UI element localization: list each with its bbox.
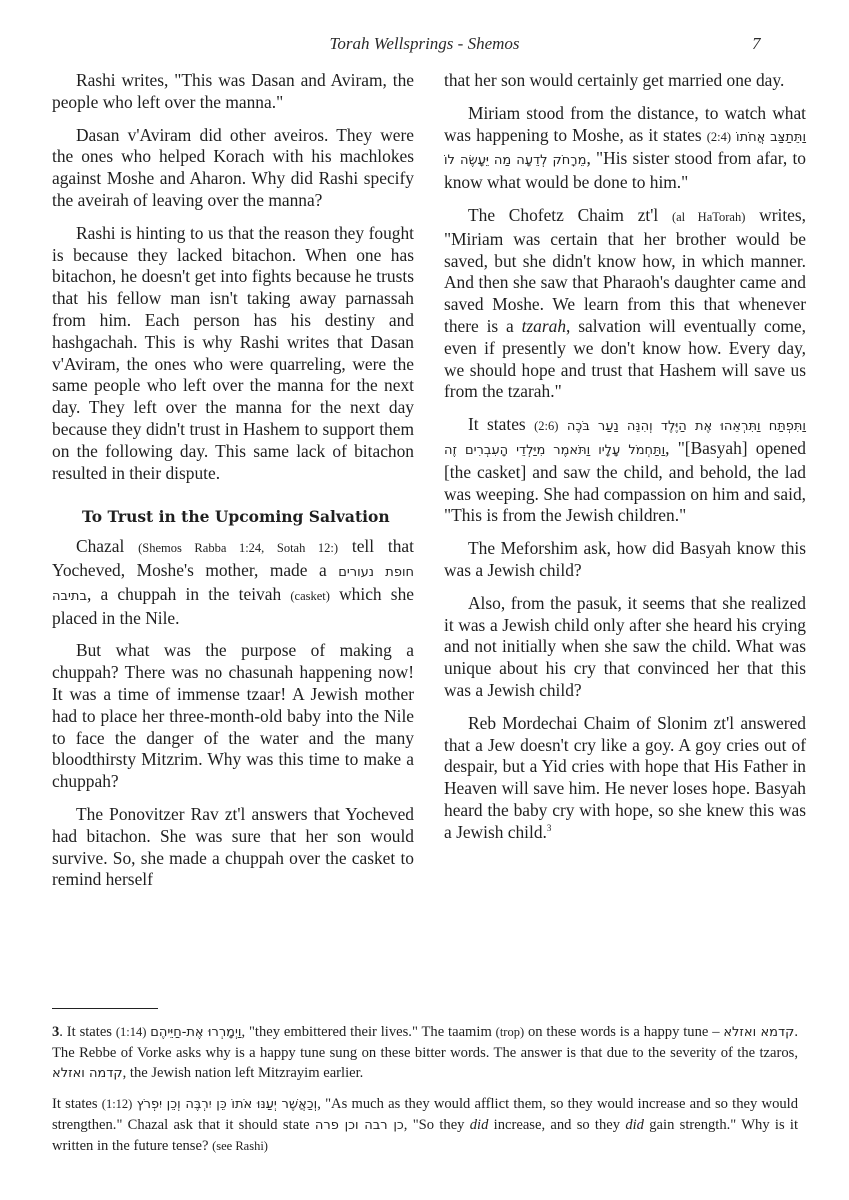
paragraph: The Chofetz Chaim zt'l (al HaTorah) writ… bbox=[444, 205, 806, 403]
hebrew-text: וְכַאֲשֶׁר יְעַנּוּ אֹתוֹ כֵּן יִרְבֶּה … bbox=[137, 1097, 318, 1112]
paragraph: Rashi writes, "This was Dasan and Aviram… bbox=[52, 70, 414, 114]
paragraph: Miriam stood from the distance, to watch… bbox=[444, 103, 806, 194]
paragraph: Also, from the pasuk, it seems that she … bbox=[444, 593, 806, 702]
footnote-divider bbox=[52, 1008, 158, 1009]
paragraph: Reb Mordechai Chaim of Slonim zt'l answe… bbox=[444, 713, 806, 844]
paragraph-continued: that her son would certainly get married… bbox=[444, 70, 806, 92]
right-column: that her son would certainly get married… bbox=[444, 70, 806, 855]
left-column: Rashi writes, "This was Dasan and Aviram… bbox=[52, 70, 414, 902]
book-title: Torah Wellsprings - Shemos bbox=[0, 34, 849, 54]
paragraph: Dasan v'Aviram did other aveiros. They w… bbox=[52, 125, 414, 212]
source-citation: (see Rashi) bbox=[212, 1139, 268, 1153]
footnote: 3. It states (1:14) וַיְמָרְרוּ אֶת-חַיֵ… bbox=[52, 1022, 798, 1084]
italic-term: tzarah bbox=[522, 316, 566, 336]
source-citation: (al HaTorah) bbox=[672, 210, 745, 224]
paragraph: It states (2:6) וַתִּפְתַּח וַתִּרְאֵהוּ… bbox=[444, 414, 806, 527]
gloss: (trop) bbox=[496, 1025, 524, 1039]
footnote: It states (1:12) וְכַאֲשֶׁר יְעַנּוּ אֹת… bbox=[52, 1094, 798, 1156]
section-heading: To Trust in the Upcoming Salvation bbox=[82, 506, 414, 528]
paragraph: The Ponovitzer Rav zt'l answers that Yoc… bbox=[52, 804, 414, 891]
hebrew-text: וַיְמָרְרוּ אֶת-חַיֵּיהֶם bbox=[150, 1025, 241, 1040]
hebrew-text: כן רבה וכן פרה bbox=[315, 1118, 404, 1133]
source-citation: (1:14) bbox=[116, 1025, 147, 1039]
source-citation: (1:12) bbox=[102, 1097, 133, 1111]
source-citation: (2:4) bbox=[707, 130, 731, 144]
hebrew-text: קדמא ואזלא bbox=[723, 1025, 794, 1040]
hebrew-text: קדמה ואזלא bbox=[52, 1066, 123, 1081]
source-citation: (Shemos Rabba 1:24, Sotah 12:) bbox=[138, 541, 338, 555]
paragraph: But what was the purpose of making a chu… bbox=[52, 640, 414, 793]
paragraph: Chazal (Shemos Rabba 1:24, Sotah 12:) te… bbox=[52, 536, 414, 629]
gloss: (casket) bbox=[290, 589, 330, 603]
footnotes: 3. It states (1:14) וַיְמָרְרוּ אֶת-חַיֵ… bbox=[52, 1022, 798, 1166]
footnote-reference[interactable]: 3 bbox=[547, 823, 552, 833]
paragraph: Rashi is hinting to us that the reason t… bbox=[52, 223, 414, 485]
page-number: 7 bbox=[752, 34, 761, 54]
paragraph: The Meforshim ask, how did Basyah know t… bbox=[444, 538, 806, 582]
source-citation: (2:6) bbox=[534, 419, 558, 433]
